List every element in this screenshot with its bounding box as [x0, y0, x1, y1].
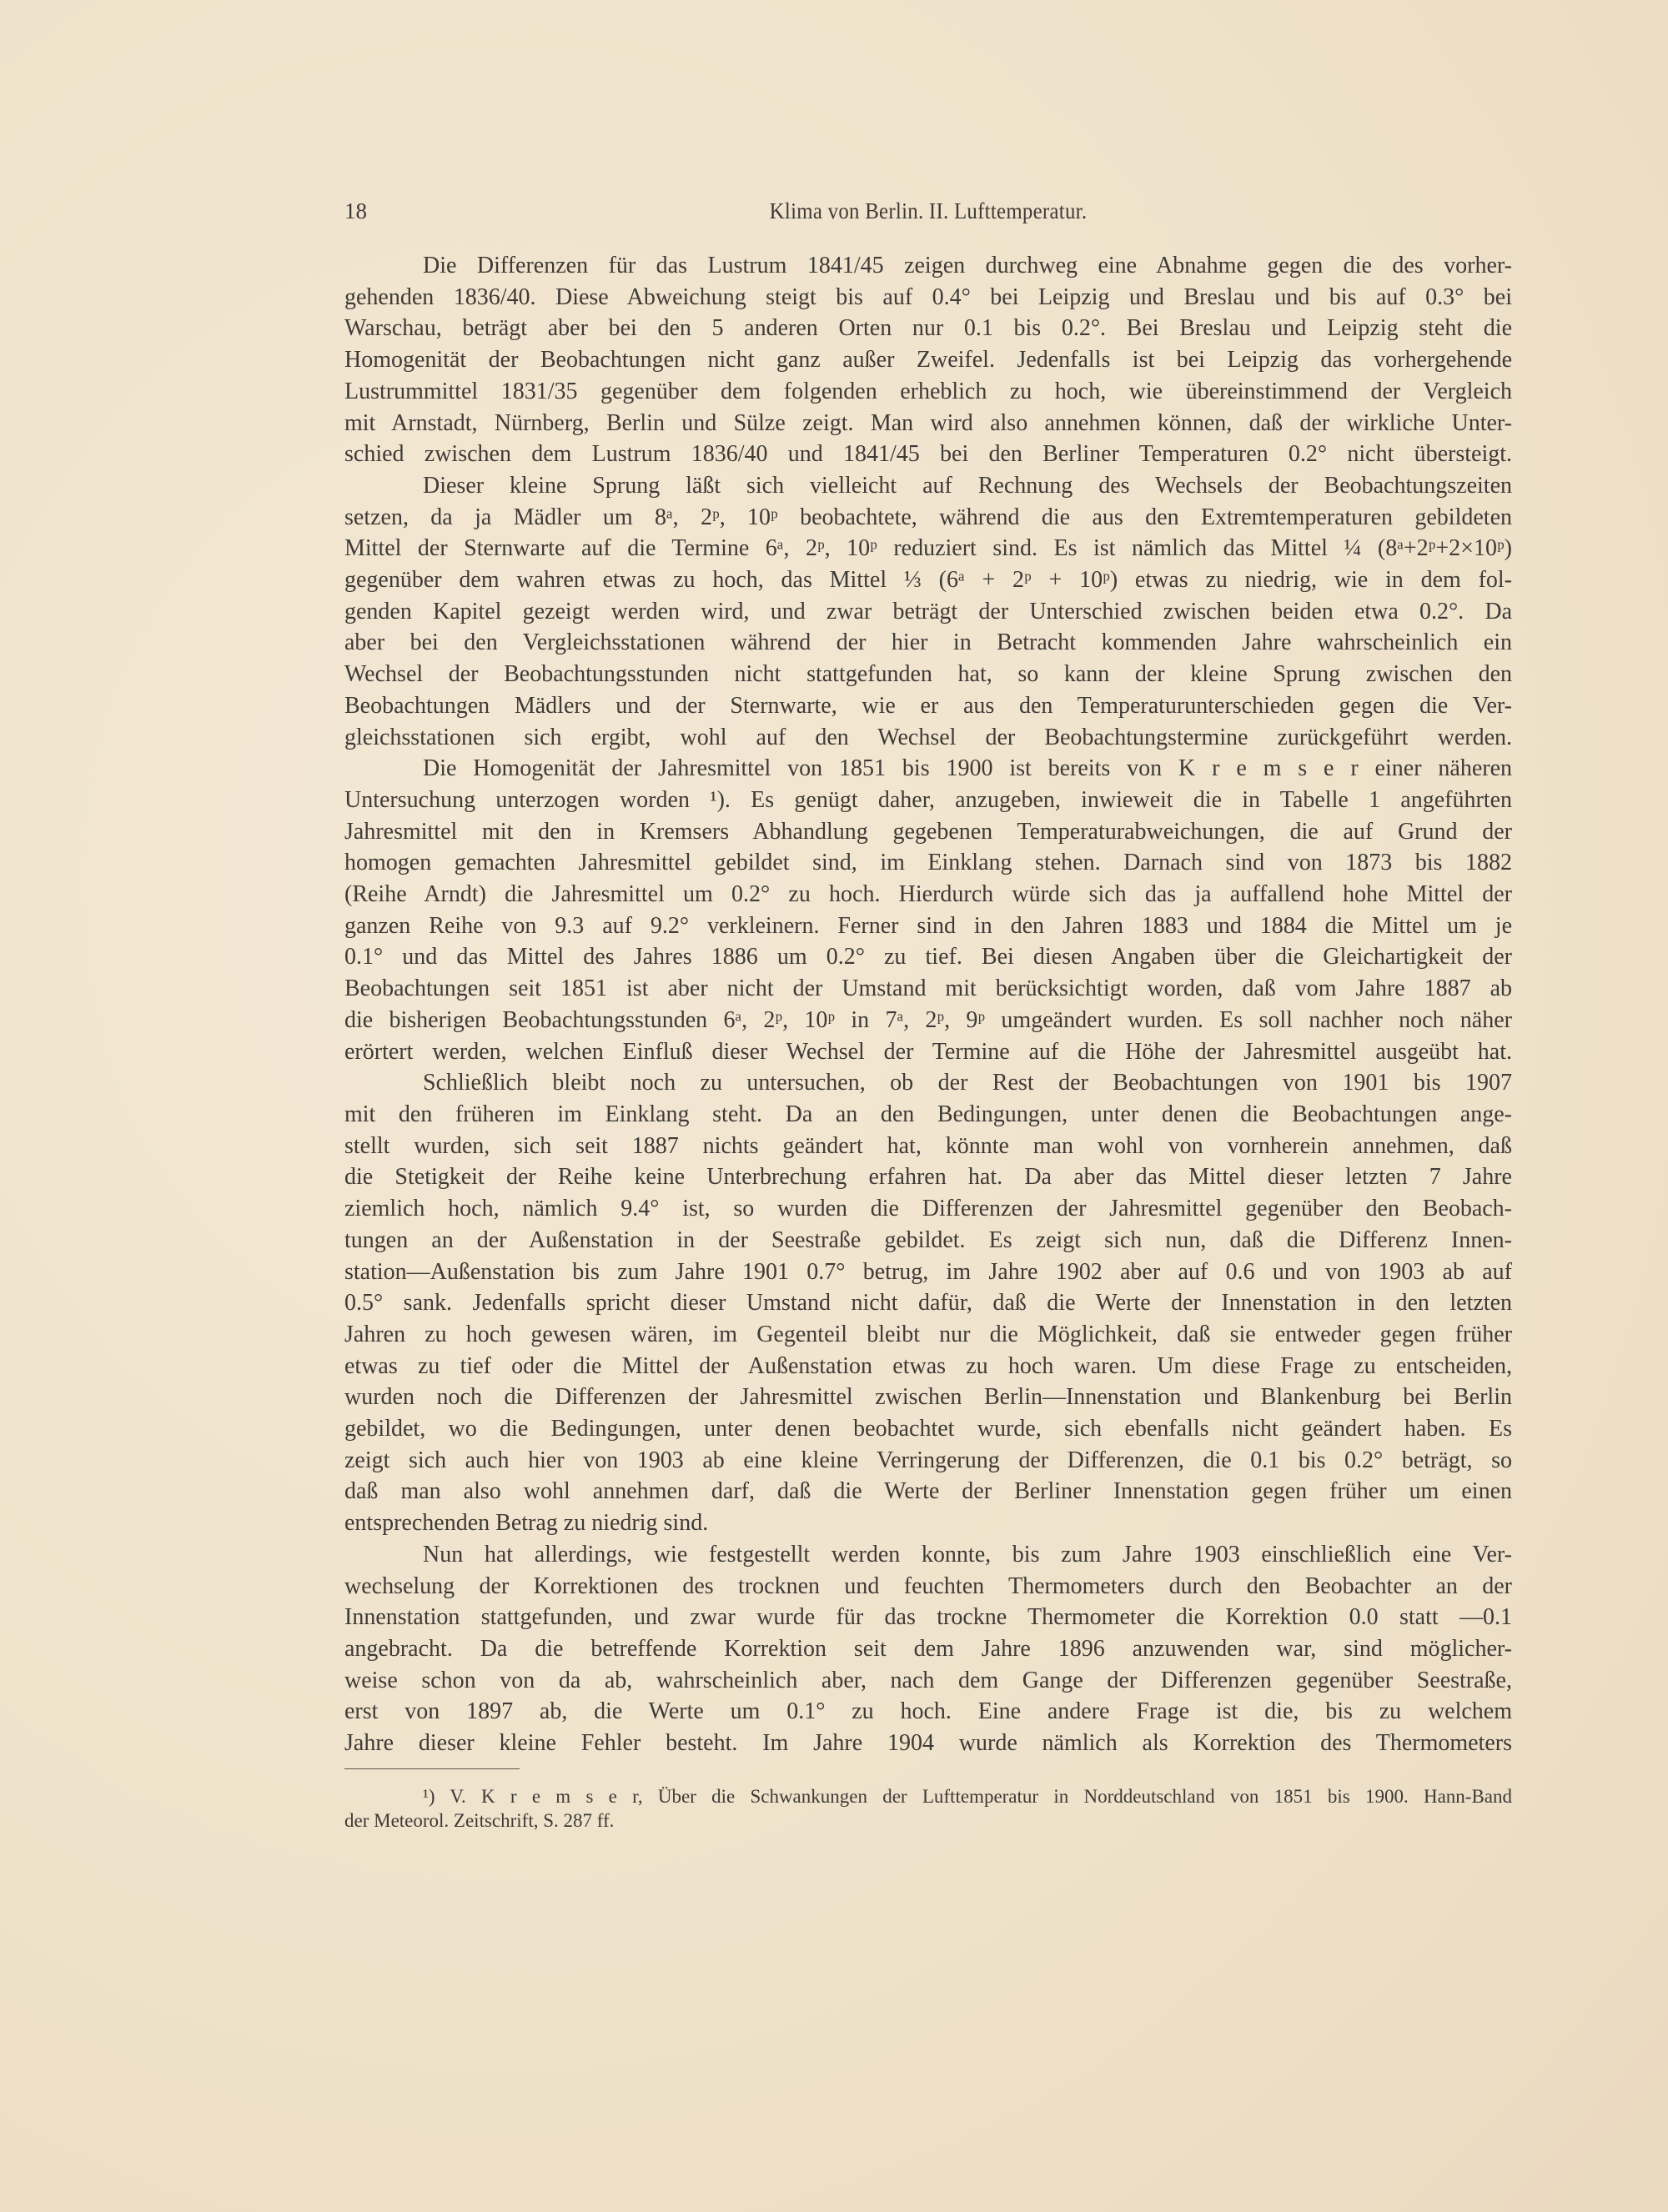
text-line: Jahre dieser kleine Fehler besteht. Im J…	[344, 1728, 1512, 1759]
text-line: die Stetigkeit der Reihe keine Unterbrec…	[344, 1161, 1512, 1193]
page-number: 18	[344, 198, 367, 224]
text-line: homogen gemachten Jahresmittel gebildet …	[344, 847, 1512, 879]
footnote-line: ¹) V. K r e m s e r, Über die Schwankung…	[344, 1784, 1512, 1808]
text-line: ziemlich hoch, nämlich 9.4° ist, so wurd…	[344, 1193, 1512, 1225]
text-line: Beobachtungen Mädlers und der Sternwarte…	[344, 690, 1512, 722]
text-line: Jahresmittel mit den in Kremsers Abhandl…	[344, 816, 1512, 848]
text-line: 0.5° sank. Jedenfalls spricht dieser Ums…	[344, 1287, 1512, 1319]
text-line: erörtert werden, welchen Einfluß dieser …	[344, 1036, 1512, 1068]
text-line: genden Kapitel gezeigt werden wird, und …	[344, 596, 1512, 628]
text-line: daß man also wohl annehmen darf, daß die…	[344, 1476, 1512, 1507]
text-line: erst von 1897 ab, die Werte um 0.1° zu h…	[344, 1696, 1512, 1728]
text-line: (Reihe Arndt) die Jahresmittel um 0.2° z…	[344, 879, 1512, 910]
text-line: mit den früheren im Einklang steht. Da a…	[344, 1099, 1512, 1131]
text-line: gegenüber dem wahren etwas zu hoch, das …	[344, 564, 1512, 596]
text-line: gleichsstationen sich ergibt, wohl auf d…	[344, 722, 1512, 754]
text-line: entsprechenden Betrag zu niedrig sind.	[344, 1507, 1512, 1539]
text-line: Wechsel der Beobachtungsstunden nicht st…	[344, 659, 1512, 690]
text-line: station—Außenstation bis zum Jahre 1901 …	[344, 1256, 1512, 1288]
paragraph-5: Nun hat allerdings, wie festgestellt wer…	[344, 1539, 1512, 1759]
text-line: wechselung der Korrektionen des trocknen…	[344, 1571, 1512, 1603]
footnote-divider	[344, 1768, 520, 1769]
text-line: aber bei den Vergleichsstationen während…	[344, 627, 1512, 659]
text-line: Nun hat allerdings, wie festgestellt wer…	[344, 1539, 1512, 1571]
text-line: Innenstation stattgefunden, und zwar wur…	[344, 1602, 1512, 1633]
paragraph-3: Die Homogenität der Jahresmittel von 185…	[344, 753, 1512, 1067]
text-line: setzen, da ja Mädler um 8ᵃ, 2ᵖ, 10ᵖ beob…	[344, 502, 1512, 534]
body-text: Die Differenzen für das Lustrum 1841/45 …	[344, 250, 1512, 1759]
text-line: Homogenität der Beobachtungen nicht ganz…	[344, 344, 1512, 376]
text-line: Die Differenzen für das Lustrum 1841/45 …	[344, 250, 1512, 282]
text-line: etwas zu tief oder die Mittel der Außens…	[344, 1351, 1512, 1382]
text-line: tungen an der Außenstation in der Seestr…	[344, 1225, 1512, 1256]
text-line: Mittel der Sternwarte auf die Termine 6ᵃ…	[344, 533, 1512, 564]
text-line: Warschau, beträgt aber bei den 5 anderen…	[344, 313, 1512, 344]
text-line: stellt wurden, sich seit 1887 nichts geä…	[344, 1131, 1512, 1162]
text-line: Dieser kleine Sprung läßt sich vielleich…	[344, 470, 1512, 502]
text-line: Schließlich bleibt noch zu untersuchen, …	[344, 1067, 1512, 1099]
text-line: gebildet, wo die Bedingungen, unter dene…	[344, 1413, 1512, 1445]
text-line: ganzen Reihe von 9.3 auf 9.2° verkleiner…	[344, 910, 1512, 942]
text-line: schied zwischen dem Lustrum 1836/40 und …	[344, 439, 1512, 470]
running-title: Klima von Berlin. II. Lufttemperatur.	[391, 198, 1465, 224]
text-line: Beobachtungen seit 1851 ist aber nicht d…	[344, 973, 1512, 1005]
text-line: Jahren zu hoch gewesen wären, im Gegente…	[344, 1319, 1512, 1351]
text-line: die bisherigen Beobachtungsstunden 6ᵃ, 2…	[344, 1005, 1512, 1036]
text-line: weise schon von da ab, wahrscheinlich ab…	[344, 1665, 1512, 1697]
footnotes: ¹) V. K r e m s e r, Über die Schwankung…	[344, 1784, 1512, 1833]
text-line: wurden noch die Differenzen der Jahresmi…	[344, 1382, 1512, 1413]
text-line: Die Homogenität der Jahresmittel von 185…	[344, 753, 1512, 785]
page-header: 18 Klima von Berlin. II. Lufttemperatur.	[344, 198, 1512, 228]
paragraph-4: Schließlich bleibt noch zu untersuchen, …	[344, 1067, 1512, 1539]
text-line: Untersuchung unterzogen worden ¹). Es ge…	[344, 785, 1512, 816]
footnote-line: der Meteorol. Zeitschrift, S. 287 ff.	[344, 1808, 1512, 1833]
text-line: Lustrummittel 1831/35 gegenüber dem folg…	[344, 376, 1512, 408]
text-line: zeigt sich auch hier von 1903 ab eine kl…	[344, 1445, 1512, 1477]
paragraph-2: Dieser kleine Sprung läßt sich vielleich…	[344, 470, 1512, 753]
text-line: 0.1° und das Mittel des Jahres 1886 um 0…	[344, 941, 1512, 973]
text-line: angebracht. Da die betreffende Korrektio…	[344, 1633, 1512, 1665]
paragraph-1: Die Differenzen für das Lustrum 1841/45 …	[344, 250, 1512, 470]
text-line: gehenden 1836/40. Diese Abweichung steig…	[344, 282, 1512, 313]
text-line: mit Arnstadt, Nürnberg, Berlin und Sülze…	[344, 408, 1512, 439]
